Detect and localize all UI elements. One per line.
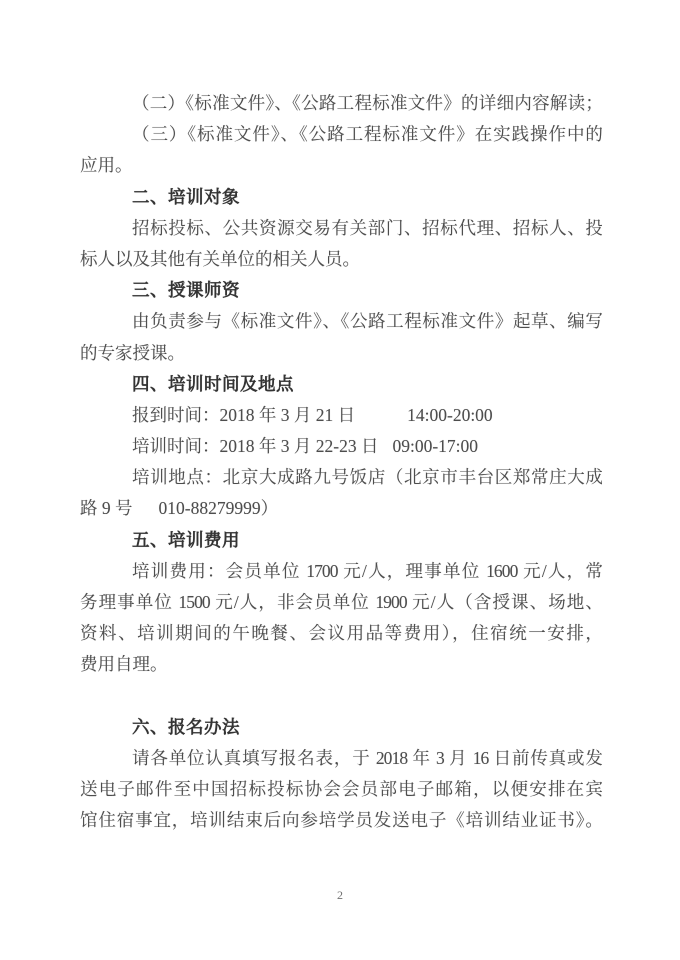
text-line: 标人以及其他有关单位的相关人员。 (80, 244, 602, 275)
column-gap (378, 451, 392, 452)
training-time-line: 培训时间：2018 年 3 月 22-23 日09:00-17:00 (80, 431, 602, 462)
document-page: （二）《标准文件》、《公路工程标准文件》的详细内容解读； （三）《标准文件》、《… (0, 0, 680, 960)
blank-line (80, 681, 602, 712)
text-line: 应用。 (80, 150, 602, 181)
address-phone-line: 路 9 号010-88279999） (80, 493, 602, 524)
document-body: （二）《标准文件》、《公路工程标准文件》的详细内容解读； （三）《标准文件》、《… (80, 88, 602, 837)
registration-time-value: 14:00-20:00 (407, 405, 493, 425)
column-gap (355, 420, 407, 421)
column-gap (133, 513, 159, 514)
text-line: （三）《标准文件》、《公路工程标准文件》在实践操作中的 (80, 119, 602, 150)
text-line: （二）《标准文件》、《公路工程标准文件》的详细内容解读； (80, 88, 602, 119)
training-time-label: 培训时间：2018 年 3 月 22-23 日 (132, 436, 378, 456)
text-line: 资料、培训期间的午晚餐、会议用品等费用），住宿统一安排， (80, 618, 602, 649)
registration-time-label: 报到时间：2018 年 3 月 21 日 (132, 405, 355, 425)
text-line: 送电子邮件至中国招标投标协会会员部电子邮箱，以便安排在宾 (80, 774, 602, 805)
phone-number: 010-88279999） (159, 498, 279, 518)
text-line: 费用自理。 (80, 649, 602, 680)
section-heading-time-place: 四、培训时间及地点 (80, 369, 602, 400)
text-line: 的专家授课。 (80, 338, 602, 369)
text-line: 招标投标、公共资源交易有关部门、招标代理、招标人、投 (80, 213, 602, 244)
text-line: 馆住宿事宜，培训结束后向参培学员发送电子《培训结业证书》。 (80, 805, 602, 836)
text-line: 培训费用：会员单位 1700 元/人，理事单位 1600 元/人，常 (80, 556, 602, 587)
text-line: 培训地点：北京大成路九号饭店（北京市丰台区郑常庄大成 (80, 462, 602, 493)
text-line: 务理事单位 1500 元/人，非会员单位 1900 元/人（含授课、场地、 (80, 587, 602, 618)
section-heading-enrollment: 六、报名办法 (80, 712, 602, 743)
registration-time-line: 报到时间：2018 年 3 月 21 日14:00-20:00 (80, 400, 602, 431)
section-heading-lecturers: 三、授课师资 (80, 275, 602, 306)
training-time-value: 09:00-17:00 (392, 436, 478, 456)
section-heading-fees: 五、培训费用 (80, 525, 602, 556)
section-heading-training-target: 二、培训对象 (80, 182, 602, 213)
text-line: 由负责参与《标准文件》、《公路工程标准文件》起草、编写 (80, 306, 602, 337)
page-number: 2 (0, 888, 680, 903)
text-line: 请各单位认真填写报名表，于 2018 年 3 月 16 日前传真或发 (80, 743, 602, 774)
address-tail: 路 9 号 (80, 498, 133, 518)
